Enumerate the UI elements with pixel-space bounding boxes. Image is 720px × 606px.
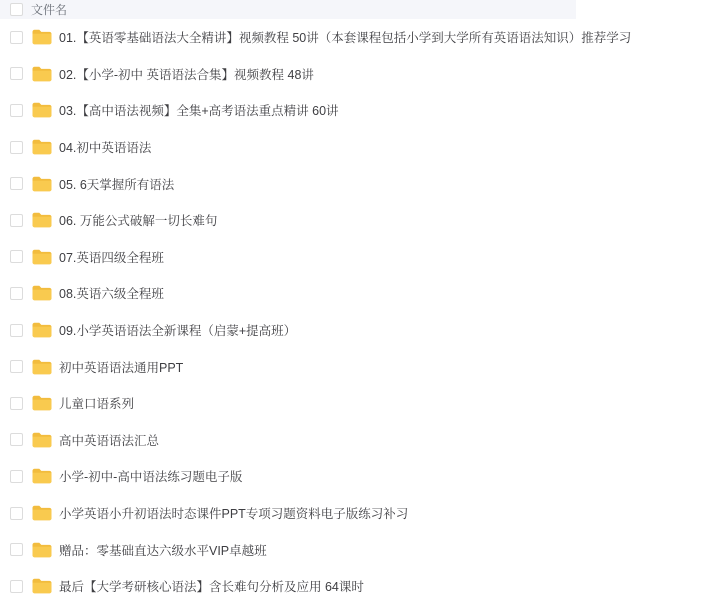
folder-icon [32,249,52,265]
file-row[interactable]: 初中英语语法通用PPT [0,348,576,385]
file-name[interactable]: 赠品：零基础直达六级水平VIP卓越班 [59,541,267,559]
row-checkbox[interactable] [10,214,23,227]
row-checkbox[interactable] [10,141,23,154]
file-row[interactable]: 小学英语小升初语法时态课件PPT专项习题资料电子版练习补习 [0,495,576,532]
file-name[interactable]: 05. 6天掌握所有语法 [59,175,174,193]
file-row[interactable]: 04.初中英语语法 [0,129,576,166]
folder-icon [32,322,52,338]
row-checkbox[interactable] [10,177,23,190]
file-row[interactable]: 01.【英语零基础语法大全精讲】视频教程 50讲（本套课程包括小学到大学所有英语… [0,19,576,56]
folder-icon [32,359,52,375]
folder-icon [32,578,52,594]
file-name[interactable]: 03.【高中语法视频】全集+高考语法重点精讲 60讲 [59,101,339,119]
folder-icon [32,66,52,82]
file-name[interactable]: 小学-初中-高中语法练习题电子版 [59,467,242,485]
row-checkbox[interactable] [10,250,23,263]
file-row[interactable]: 08.英语六级全程班 [0,275,576,312]
folder-icon [32,285,52,301]
file-row[interactable]: 06. 万能公式破解一切长难句 [0,202,576,239]
file-name[interactable]: 08.英语六级全程班 [59,284,164,302]
filename-column-header: 文件名 [31,1,67,18]
row-checkbox[interactable] [10,67,23,80]
folder-icon [32,29,52,45]
row-checkbox[interactable] [10,104,23,117]
folder-icon [32,102,52,118]
folder-icon [32,542,52,558]
row-checkbox[interactable] [10,580,23,593]
file-row[interactable]: 03.【高中语法视频】全集+高考语法重点精讲 60讲 [0,92,576,129]
folder-icon [32,176,52,192]
file-row[interactable]: 赠品：零基础直达六级水平VIP卓越班 [0,531,576,568]
row-checkbox[interactable] [10,433,23,446]
row-checkbox[interactable] [10,31,23,44]
folder-icon [32,395,52,411]
file-row[interactable]: 儿童口语系列 [0,385,576,422]
file-row[interactable]: 09.小学英语语法全新课程（启蒙+提高班） [0,312,576,349]
file-name[interactable]: 儿童口语系列 [59,394,134,412]
file-row[interactable]: 07.英语四级全程班 [0,239,576,276]
folder-icon [32,432,52,448]
file-list: 01.【英语零基础语法大全精讲】视频教程 50讲（本套课程包括小学到大学所有英语… [0,19,576,605]
table-header: 文件名 [0,0,576,19]
folder-icon [32,212,52,228]
file-name[interactable]: 04.初中英语语法 [59,138,151,156]
folder-icon [32,505,52,521]
folder-icon [32,468,52,484]
file-name[interactable]: 初中英语语法通用PPT [59,358,183,376]
file-row[interactable]: 02.【小学-初中 英语语法合集】视频教程 48讲 [0,56,576,93]
file-name[interactable]: 01.【英语零基础语法大全精讲】视频教程 50讲（本套课程包括小学到大学所有英语… [59,28,631,46]
row-checkbox[interactable] [10,324,23,337]
file-row[interactable]: 高中英语语法汇总 [0,422,576,459]
row-checkbox[interactable] [10,360,23,373]
file-name[interactable]: 09.小学英语语法全新课程（启蒙+提高班） [59,321,296,339]
row-checkbox[interactable] [10,470,23,483]
row-checkbox[interactable] [10,397,23,410]
file-table: 文件名 01.【英语零基础语法大全精讲】视频教程 50讲（本套课程包括小学到大学… [0,0,576,605]
file-row[interactable]: 小学-初中-高中语法练习题电子版 [0,458,576,495]
row-checkbox[interactable] [10,543,23,556]
row-checkbox[interactable] [10,287,23,300]
file-row[interactable]: 05. 6天掌握所有语法 [0,165,576,202]
file-name[interactable]: 小学英语小升初语法时态课件PPT专项习题资料电子版练习补习 [59,504,408,522]
folder-icon [32,139,52,155]
select-all-checkbox[interactable] [10,3,23,16]
file-name[interactable]: 02.【小学-初中 英语语法合集】视频教程 48讲 [59,65,314,83]
file-name[interactable]: 07.英语四级全程班 [59,248,164,266]
file-name[interactable]: 最后【大学考研核心语法】含长难句分析及应用 64课时 [59,577,364,595]
file-row[interactable]: 最后【大学考研核心语法】含长难句分析及应用 64课时 [0,568,576,605]
file-name[interactable]: 06. 万能公式破解一切长难句 [59,211,217,229]
file-name[interactable]: 高中英语语法汇总 [59,431,159,449]
row-checkbox[interactable] [10,507,23,520]
